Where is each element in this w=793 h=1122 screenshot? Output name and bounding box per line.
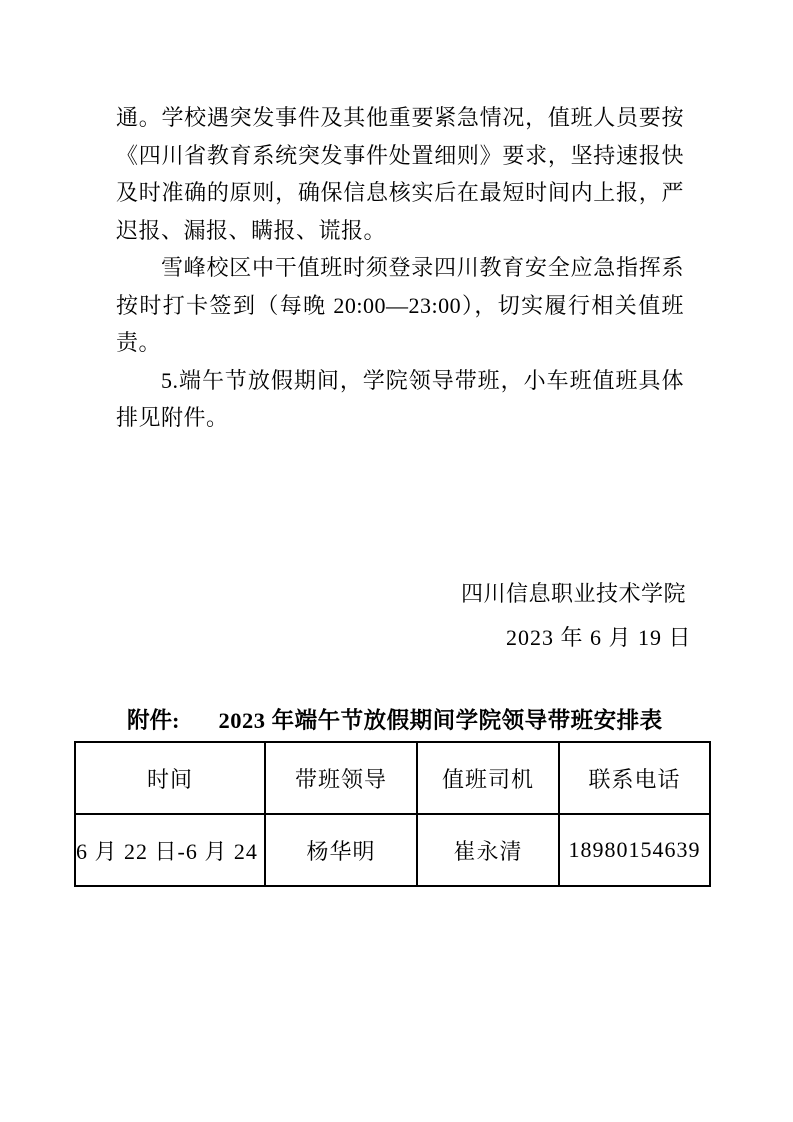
attachment-title: 2023 年端午节放假期间学院领导带班安排表 — [219, 708, 663, 733]
body-line: 迟报、漏报、瞒报、谎报。 — [116, 212, 684, 250]
table-header-cell-leader: 带班领导 — [265, 742, 417, 814]
signature-organization: 四川信息职业技术学院 — [461, 579, 686, 609]
table-cell-leader: 杨华明 — [265, 814, 417, 886]
table-cell-phone: 18980154639 — [559, 814, 710, 886]
table-header-cell-time: 时间 — [75, 742, 265, 814]
body-line: 排见附件。 — [116, 399, 684, 437]
body-line: 按时打卡签到（每晚 20:00—23:00），切实履行相关值班职 — [116, 287, 684, 325]
table-cell-driver: 崔永清 — [417, 814, 559, 886]
document-page: 通。学校遇突发事件及其他重要紧急情况，值班人员要按照 《四川省教育系统突发事件处… — [0, 0, 793, 1122]
table-cell-time: 6 月 22 日-6 月 24 日 — [75, 814, 265, 886]
attachment-label: 附件: — [127, 708, 180, 733]
body-line: 《四川省教育系统突发事件处置细则》要求，坚持速报快报、 — [116, 137, 684, 175]
table-row: 6 月 22 日-6 月 24 日 杨华明 崔永清 18980154639 — [75, 814, 710, 886]
body-line: 通。学校遇突发事件及其他重要紧急情况，值班人员要按照 — [116, 99, 684, 137]
signature-date: 2023 年 6 月 19 日 — [506, 623, 692, 653]
table-header-row: 时间 带班领导 值班司机 联系电话 — [75, 742, 710, 814]
document-body: 通。学校遇突发事件及其他重要紧急情况，值班人员要按照 《四川省教育系统突发事件处… — [116, 99, 684, 437]
table-header-cell-driver: 值班司机 — [417, 742, 559, 814]
duty-schedule-table: 时间 带班领导 值班司机 联系电话 6 月 22 日-6 月 24 日 杨华明 … — [74, 741, 711, 887]
table-header-cell-phone: 联系电话 — [559, 742, 710, 814]
body-line: 及时准确的原则，确保信息核实后在最短时间内上报，严禁 — [116, 174, 684, 212]
body-line: 5.端午节放假期间，学院领导带班，小车班值班具体安 — [116, 362, 684, 400]
body-line: 雪峰校区中干值班时须登录四川教育安全应急指挥系统 — [116, 249, 684, 287]
attachment-heading: 附件:2023 年端午节放假期间学院领导带班安排表 — [127, 705, 663, 737]
body-line: 责。 — [116, 324, 684, 362]
